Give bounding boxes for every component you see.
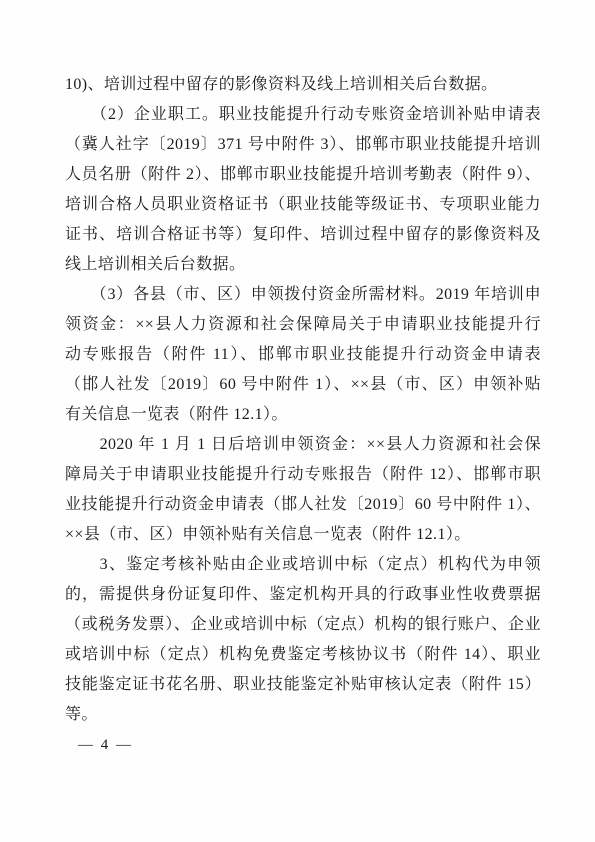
document-page: 10)、培训过程中留存的影像资料及线上培训相关后台数据。 （2）企业职工。职业技…: [0, 0, 595, 842]
page-number: — 4 —: [78, 733, 133, 757]
text-line: 培训合格人员职业资格证书（职业技能等级证书、专项职业能力: [65, 190, 541, 220]
text-line: 障局关于申请职业技能提升行动专账报告（附件 12）、邯郸市职: [65, 460, 541, 490]
text-line: 等。: [65, 700, 541, 730]
document-body: 10)、培训过程中留存的影像资料及线上培训相关后台数据。 （2）企业职工。职业技…: [65, 70, 541, 730]
text-line: 或培训中标（定点）机构免费鉴定考核协议书（附件 14）、职业: [65, 640, 541, 670]
text-line: 2020 年 1 月 1 日后培训申领资金：××县人力资源和社会保: [65, 430, 541, 460]
text-line: 证书、培训合格证书等）复印件、培训过程中留存的影像资料及: [65, 220, 541, 250]
text-line: ××县（市、区）申领补贴有关信息一览表（附件 12.1）。: [65, 520, 541, 550]
text-line: 10)、培训过程中留存的影像资料及线上培训相关后台数据。: [65, 70, 541, 100]
text-line: 领资金：××县人力资源和社会保障局关于申请职业技能提升行: [65, 310, 541, 340]
text-line: 动专账报告（附件 11）、邯郸市职业技能提升行动资金申请表: [65, 340, 541, 370]
text-line: 线上培训相关后台数据。: [65, 250, 541, 280]
text-line: 有关信息一览表（附件 12.1）。: [65, 400, 541, 430]
text-line: （或税务发票）、企业或培训中标（定点）机构的银行账户、企业: [65, 610, 541, 640]
text-line: 人员名册（附件 2）、邯郸市职业技能提升培训考勤表（附件 9）、: [65, 160, 541, 190]
text-line: （3）各县（市、区）申领拨付资金所需材料。2019 年培训申: [65, 280, 541, 310]
text-line: 技能鉴定证书花名册、职业技能鉴定补贴审核认定表（附件 15）: [65, 670, 541, 700]
text-line: （2）企业职工。职业技能提升行动专账资金培训补贴申请表: [65, 100, 541, 130]
text-line: 的，需提供身份证复印件、鉴定机构开具的行政事业性收费票据: [65, 580, 541, 610]
text-line: 业技能提升行动资金申请表（邯人社发〔2019〕60 号中附件 1）、: [65, 490, 541, 520]
text-line: （冀人社字〔2019〕371 号中附件 3）、邯郸市职业技能提升培训: [65, 130, 541, 160]
text-line: 3、鉴定考核补贴由企业或培训中标（定点）机构代为申领: [65, 550, 541, 580]
text-line: （邯人社发〔2019〕60 号中附件 1）、××县（市、区）申领补贴: [65, 370, 541, 400]
